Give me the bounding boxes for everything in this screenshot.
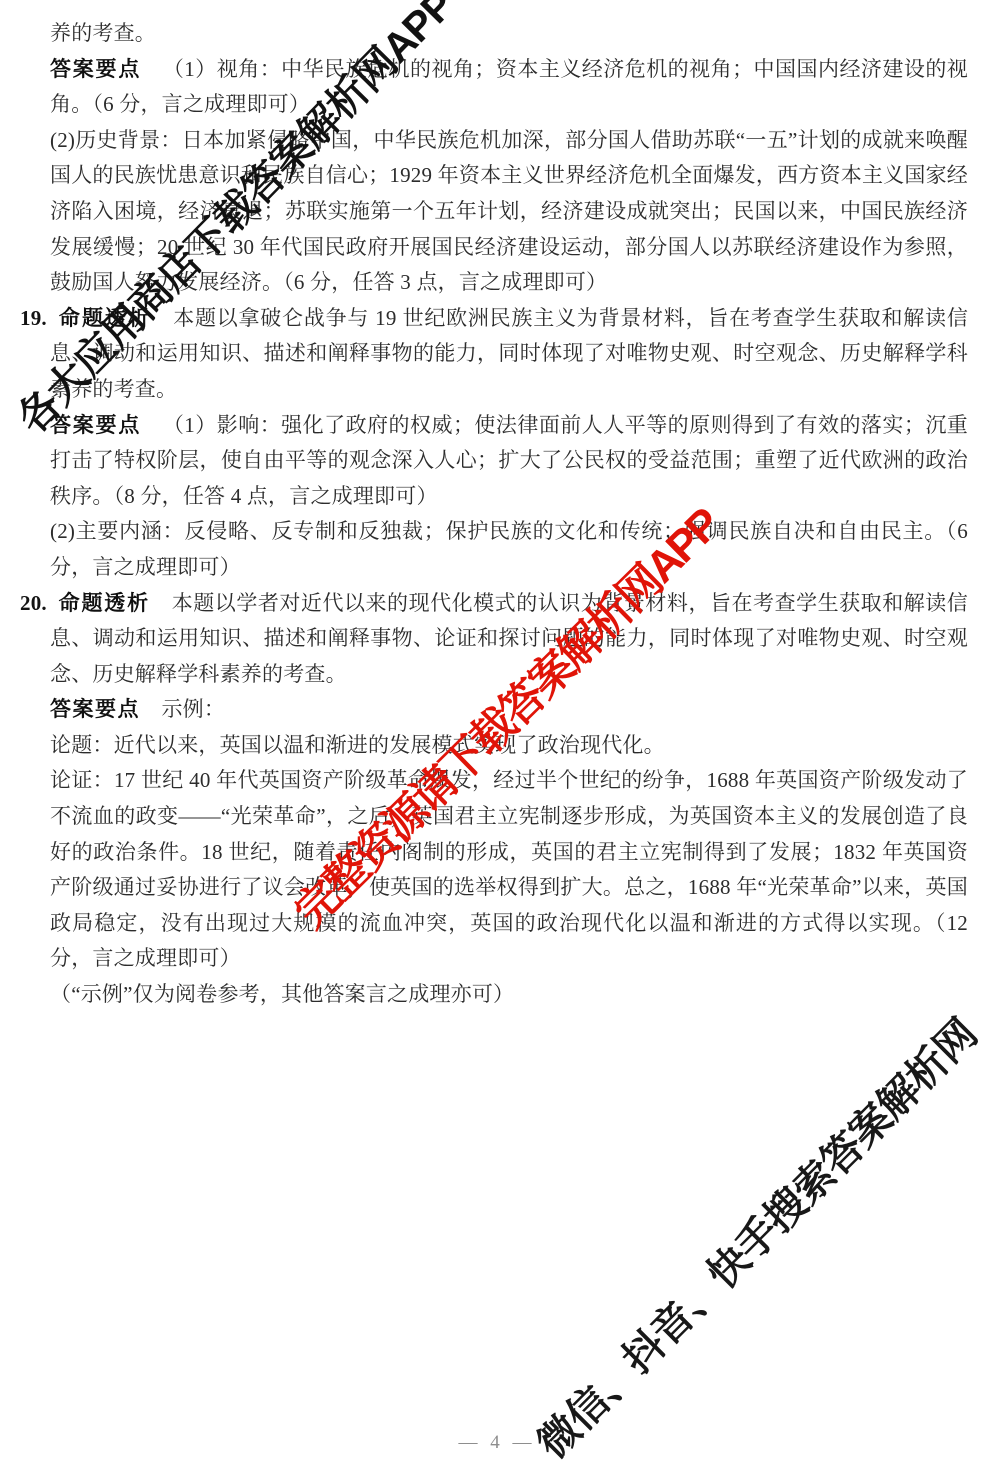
paragraph-item-20-analysis: 20. 命题透析 本题以学者对近代以来的现代化模式的认识为背景材料，旨在考查学生…	[50, 586, 968, 693]
paragraph-grading-note: （“示例”仅为阅卷参考，其他答案言之成理亦可）	[50, 977, 968, 1013]
paragraph-text: （1）视角：中华民族危机的视角；资本主义经济危机的视角；中国国内经济建设的视角。…	[50, 57, 968, 117]
paragraph-text: 示例：	[161, 697, 225, 721]
section-label-answer-points: 答案要点	[50, 58, 141, 81]
paragraph-answer-19-part2: (2)主要内涵：反侵略、反专制和反独裁；保护民族的文化和传统；强调民族自决和自由…	[50, 514, 968, 585]
paragraph-text: 养的考查。	[50, 21, 156, 45]
item-number: 19.	[20, 306, 47, 330]
section-label-answer-points: 答案要点	[50, 698, 140, 721]
paragraph-text: （“示例”仅为阅卷参考，其他答案言之成理亦可）	[50, 982, 514, 1006]
section-label-answer-points: 答案要点	[50, 414, 141, 437]
paragraph-text: 论题：近代以来，英国以温和渐进的发展模式实现了政治现代化。	[50, 733, 665, 757]
watermark-bottom-right: 微信、抖音、快手搜索答案解析网	[529, 1010, 986, 1467]
paragraph-text: (2)主要内涵：反侵略、反专制和反独裁；保护民族的文化和传统；强调民族自决和自由…	[50, 519, 968, 579]
paragraph-carryover: 养的考查。	[50, 16, 968, 52]
paragraph-argument: 论证：17 世纪 40 年代英国资产阶级革命爆发，经过半个世纪的纷争，1688 …	[50, 763, 968, 977]
paragraph-answer-points-20: 答案要点 示例：	[50, 692, 968, 728]
section-label-question-analysis: 命题透析	[59, 307, 151, 330]
paragraph-answer-points-19: 答案要点 （1）影响：强化了政府的权威；使法律面前人人平等的原则得到了有效的落实…	[50, 408, 968, 515]
paragraph-answer-points-18: 答案要点 （1）视角：中华民族危机的视角；资本主义经济危机的视角；中国国内经济建…	[50, 52, 968, 123]
page: 养的考查。 答案要点 （1）视角：中华民族危机的视角；资本主义经济危机的视角；中…	[0, 0, 1000, 1480]
paragraph-text: 本题以学者对近代以来的现代化模式的认识为背景材料，旨在考查学生获取和解读信息、调…	[50, 591, 968, 686]
page-number: — 4 —	[447, 1432, 547, 1454]
paragraph-item-19-analysis: 19. 命题透析 本题以拿破仑战争与 19 世纪欧洲民族主义为背景材料，旨在考查…	[50, 301, 968, 408]
paragraph-history-background: (2)历史背景：日本加紧侵略中国，中华民族危机加深，部分国人借助苏联“一五”计划…	[50, 123, 968, 301]
paragraph-text: （1）影响：强化了政府的权威；使法律面前人人平等的原则得到了有效的落实；沉重打击…	[50, 413, 968, 508]
paragraph-thesis: 论题：近代以来，英国以温和渐进的发展模式实现了政治现代化。	[50, 728, 968, 764]
answer-key-content: 养的考查。 答案要点 （1）视角：中华民族危机的视角；资本主义经济危机的视角；中…	[50, 16, 968, 1013]
paragraph-text: (2)历史背景：日本加紧侵略中国，中华民族危机加深，部分国人借助苏联“一五”计划…	[50, 128, 968, 294]
section-label-question-analysis: 命题透析	[59, 592, 150, 615]
paragraph-text: 本题以拿破仑战争与 19 世纪欧洲民族主义为背景材料，旨在考查学生获取和解读信息…	[50, 306, 968, 401]
item-number: 20.	[20, 591, 47, 615]
paragraph-text: 论证：17 世纪 40 年代英国资产阶级革命爆发，经过半个世纪的纷争，1688 …	[50, 768, 968, 970]
